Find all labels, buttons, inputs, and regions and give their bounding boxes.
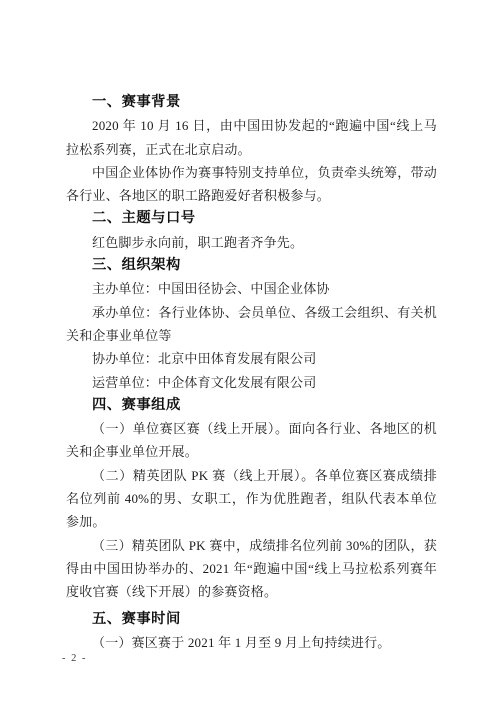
document-body: 一、赛事背景 2020 年 10 月 16 日，由中国田协发起的“跑遍中国“线上…	[66, 91, 437, 654]
paragraph-co-organizer-unit: 协办单位：北京中田体育发展有限公司	[66, 347, 437, 370]
paragraph-slogan: 红色脚步永向前，职工跑者齐争先。	[66, 231, 437, 254]
section-heading-composition: 四、赛事组成	[66, 394, 437, 417]
section-heading-schedule: 五、赛事时间	[66, 608, 437, 631]
paragraph-support-unit: 中国企业体协作为赛事特别支持单位，负责牵头统筹，带动各行业、各地区的职工路跑爱好…	[66, 161, 437, 208]
paragraph-elite-pk-race: （二）精英团队 PK 赛（线上开展）。各单位赛区赛成绩排名位列前 40%的男、女…	[66, 464, 437, 534]
paragraph-division-race: （一）单位赛区赛（线上开展）。面向各行业、各地区的机关和企事业单位开展。	[66, 417, 437, 464]
document-page: 一、赛事背景 2020 年 10 月 16 日，由中国田协发起的“跑遍中国“线上…	[0, 0, 500, 707]
section-heading-theme-slogan: 二、主题与口号	[66, 207, 437, 230]
paragraph-host-unit: 主办单位：中国田径协会、中国企业体协	[66, 277, 437, 300]
section-heading-organization: 三、组织架构	[66, 254, 437, 277]
paragraph-organizer-unit: 承办单位：各行业体协、会员单位、各级工会组织、有关机关和企事业单位等	[66, 301, 437, 348]
paragraph-final-qualification: （三）精英团队 PK 赛中，成绩排名位列前 30%的团队，获得由中国田协举办的、…	[66, 534, 437, 604]
paragraph-operator-unit: 运营单位：中企体育文化发展有限公司	[66, 371, 437, 394]
section-heading-background: 一、赛事背景	[66, 91, 437, 114]
paragraph-launch: 2020 年 10 月 16 日，由中国田协发起的“跑遍中国“线上马拉松系列赛，…	[66, 114, 437, 161]
paragraph-schedule-time: （一）赛区赛于 2021 年 1 月至 9 月上旬持续进行。	[66, 631, 437, 654]
page-number: - 2 -	[62, 653, 87, 664]
